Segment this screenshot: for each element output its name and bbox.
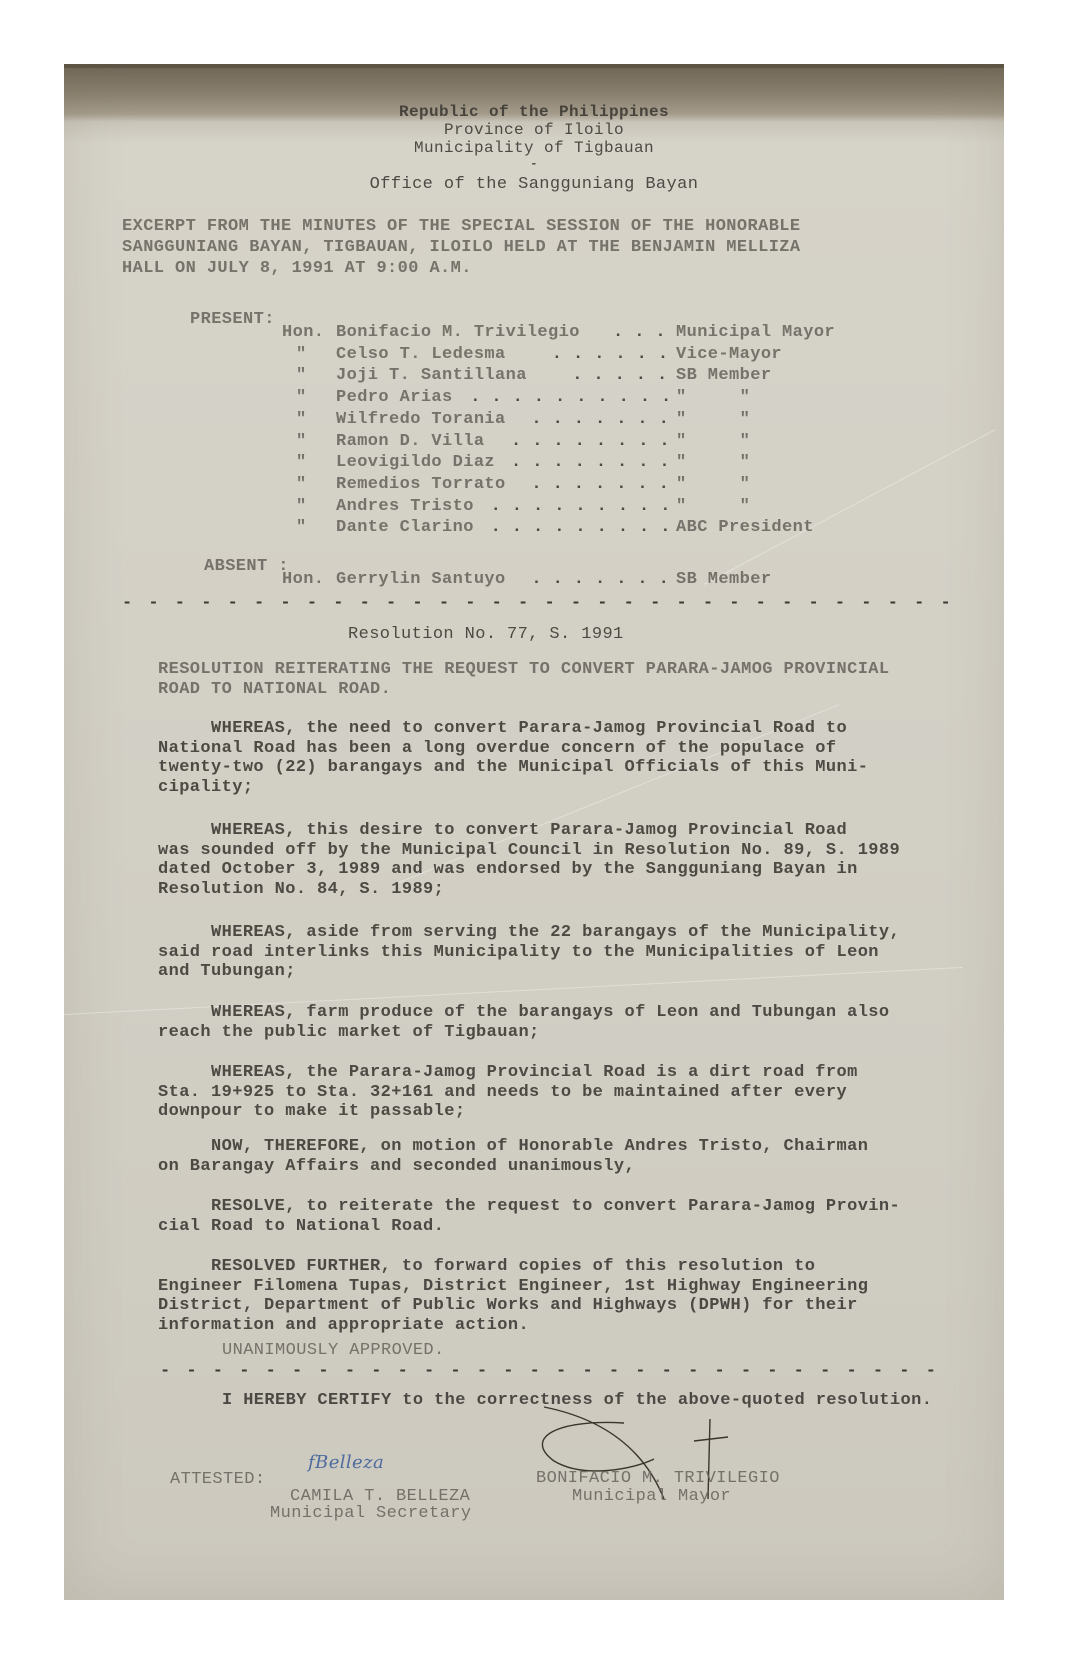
member-position: SB Member [676, 365, 771, 386]
member-position: Vice-Mayor [676, 344, 782, 365]
member-name: Gerrylin Santuyo [336, 569, 506, 590]
paragraph-line: information and appropriate action. [158, 1315, 529, 1336]
member-position: Municipal Mayor [676, 322, 835, 343]
member-leader-dots: . . . . . . . . [511, 452, 670, 473]
paragraph-line: District, Department of Public Works and… [158, 1295, 858, 1316]
member-position: " " [676, 431, 750, 452]
paragraph-line: WHEREAS, aside from serving the 22 baran… [158, 922, 900, 943]
paragraph-line: WHEREAS, the Parara-Jamog Provincial Roa… [158, 1062, 858, 1083]
mayor-title: Municipal Mayor [572, 1486, 731, 1507]
member-position: SB Member [676, 569, 771, 590]
member-leader-dots: . . . . . . . . . [491, 517, 671, 538]
member-leader-dots: . . . . . . . . [511, 431, 670, 452]
dashed-rule: - - - - - - - - - - - - - - - - - - - - … [122, 594, 962, 613]
member-name: Dante Clarino [336, 517, 474, 538]
paragraph-line: reach the public market of Tigbauan; [158, 1022, 540, 1043]
member-prefix: " [296, 344, 307, 365]
dashed-rule-2: - - - - - - - - - - - - - - - - - - - - … [160, 1362, 940, 1381]
present-label: PRESENT: [190, 309, 275, 330]
paragraph-line: WHEREAS, the need to convert Parara-Jamo… [158, 718, 847, 739]
member-position: " " [676, 496, 750, 517]
paragraph-line: Sta. 19+925 to Sta. 32+161 and needs to … [158, 1082, 847, 1103]
paragraph-line: twenty-two (22) barangays and the Munici… [158, 757, 868, 778]
paragraph-line: said road interlinks this Municipality t… [158, 942, 879, 963]
page-top-edge [64, 64, 1004, 68]
member-prefix: " [296, 387, 307, 408]
paragraph-line: was sounded off by the Municipal Council… [158, 840, 900, 861]
absent-label: ABSENT : [204, 556, 289, 577]
secretary-title: Municipal Secretary [270, 1503, 471, 1524]
paragraph-line: and Tubungan; [158, 961, 296, 982]
paragraph-line: WHEREAS, this desire to convert Parara-J… [158, 820, 847, 841]
member-name: Bonifacio M. Trivilegio [336, 322, 580, 343]
member-leader-dots: . . . . . . . [531, 409, 669, 430]
member-leader-dots: . . . . . . . . . [491, 496, 671, 517]
member-leader-dots: . . . . . [572, 365, 667, 386]
member-position: ABC President [676, 517, 814, 538]
member-prefix: " [296, 365, 307, 386]
excerpt-line: EXCERPT FROM THE MINUTES OF THE SPECIAL … [122, 216, 801, 237]
paragraph-line: dated October 3, 1989 and was endorsed b… [158, 859, 858, 880]
resolution-number: Resolution No. 77, S. 1991 [348, 624, 624, 645]
member-position: " " [676, 409, 750, 430]
resolution-title-line: RESOLUTION REITERATING THE REQUEST TO CO… [158, 659, 890, 680]
paragraph-line: National Road has been a long overdue co… [158, 738, 837, 759]
secretary-signature: fBelleza [308, 1452, 384, 1473]
member-leader-dots: . . . . . . [552, 344, 669, 365]
member-leader-dots: . . . [613, 322, 666, 343]
header-separator: - [64, 154, 1004, 175]
member-position: " " [676, 387, 750, 408]
member-prefix: " [296, 517, 307, 538]
member-name: Andres Tristo [336, 496, 474, 517]
paragraph-line: Engineer Filomena Tupas, District Engine… [158, 1276, 868, 1297]
paragraph-line: downpour to make it passable; [158, 1101, 465, 1122]
member-name: Ramon D. Villa [336, 431, 484, 452]
member-name: Joji T. Santillana [336, 365, 527, 386]
paragraph-line: Resolution No. 84, S. 1989; [158, 879, 444, 900]
excerpt-line: SANGGUNIANG BAYAN, TIGBAUAN, ILOILO HELD… [122, 237, 801, 258]
paragraph-line: NOW, THEREFORE, on motion of Honorable A… [158, 1136, 868, 1157]
resolution-title-line: ROAD TO NATIONAL ROAD. [158, 679, 391, 700]
member-leader-dots: . . . . . . . [531, 569, 669, 590]
member-prefix: Hon. [282, 322, 324, 343]
header-office: Office of the Sangguniang Bayan [64, 174, 1004, 195]
member-leader-dots: . . . . . . . [531, 474, 669, 495]
approval-statement: UNANIMOUSLY APPROVED. [222, 1340, 445, 1361]
member-prefix: " [296, 474, 307, 495]
member-position: " " [676, 452, 750, 473]
paragraph-line: cipality; [158, 777, 253, 798]
document-page: Republic of the Philippines Province of … [64, 64, 1004, 1600]
member-leader-dots: . . . . . . . . . . [470, 387, 671, 408]
member-name: Remedios Torrato [336, 474, 506, 495]
member-prefix: " [296, 431, 307, 452]
member-name: Leovigildo Diaz [336, 452, 495, 473]
member-prefix: " [296, 452, 307, 473]
member-name: Pedro Arias [336, 387, 453, 408]
paragraph-line: RESOLVED FURTHER, to forward copies of t… [158, 1256, 815, 1277]
member-prefix: " [296, 496, 307, 517]
attested-label: ATTESTED: [170, 1469, 265, 1490]
member-position: " " [676, 474, 750, 495]
member-name: Celso T. Ledesma [336, 344, 506, 365]
paragraph-line: RESOLVE, to reiterate the request to con… [158, 1196, 900, 1217]
member-prefix: Hon. [282, 569, 324, 590]
member-name: Wilfredo Torania [336, 409, 506, 430]
excerpt-line: HALL ON JULY 8, 1991 AT 9:00 A.M. [122, 258, 472, 279]
paragraph-line: WHEREAS, farm produce of the barangays o… [158, 1002, 890, 1023]
member-prefix: " [296, 409, 307, 430]
paragraph-line: on Barangay Affairs and seconded unanimo… [158, 1156, 635, 1177]
paragraph-line: cial Road to National Road. [158, 1216, 444, 1237]
